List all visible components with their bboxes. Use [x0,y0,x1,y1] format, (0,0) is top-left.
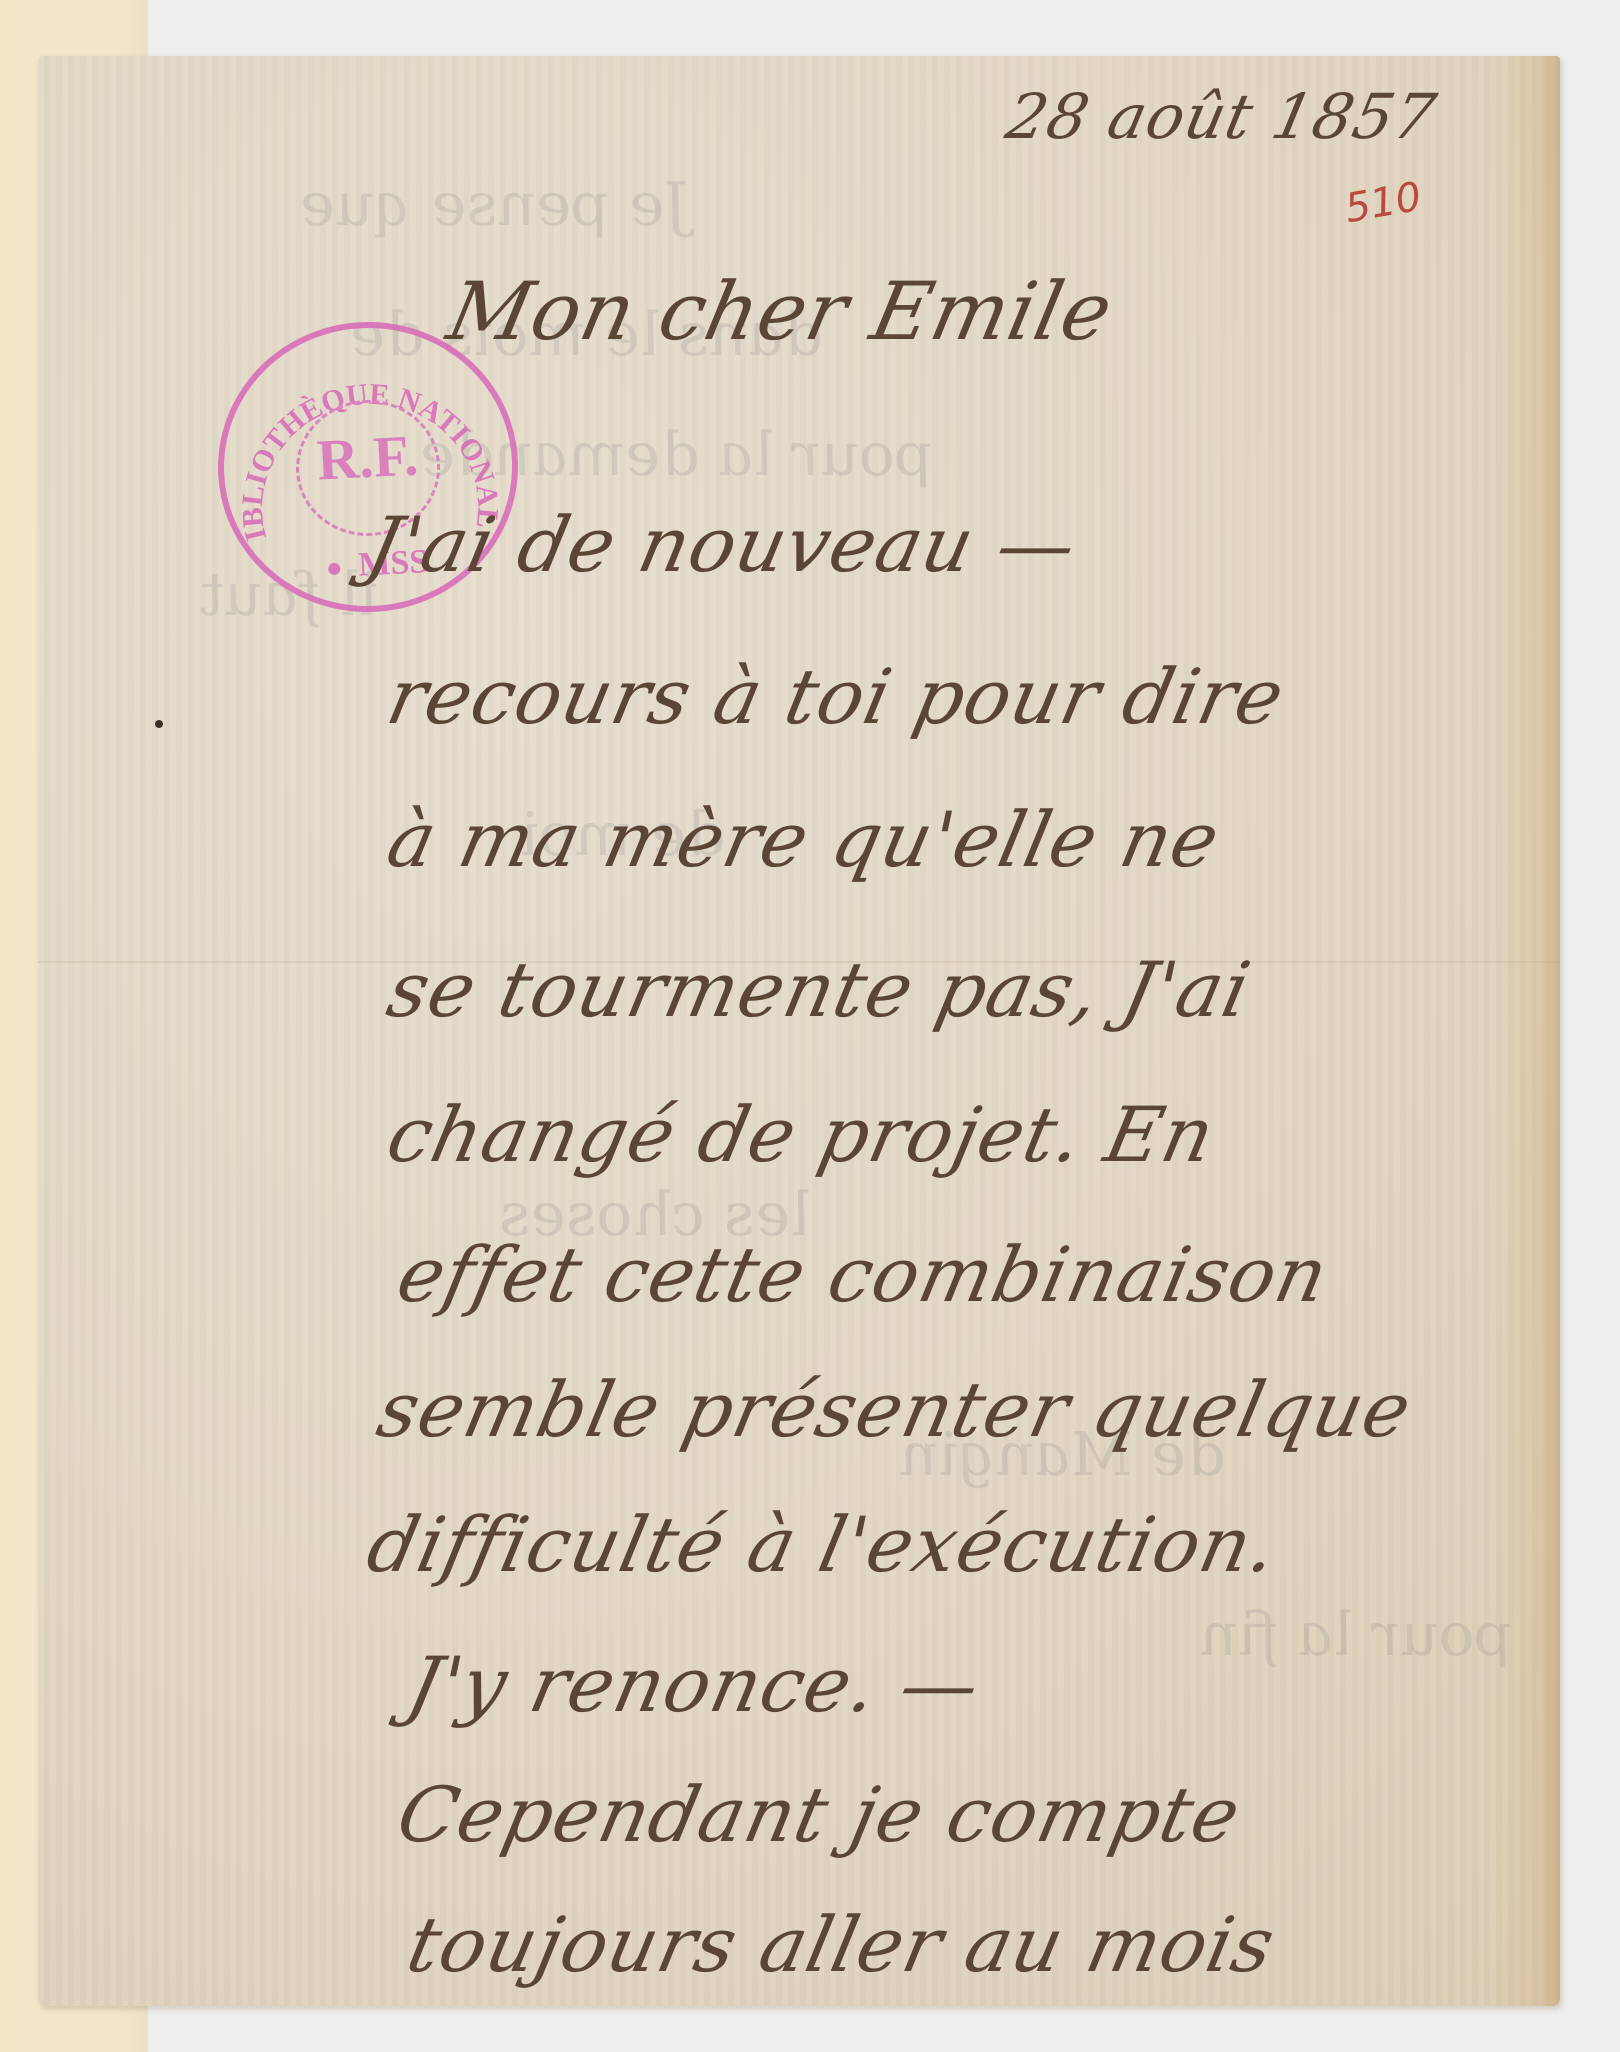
salutation: Mon cher Emile [440,265,1121,358]
stamp-dot-icon [328,563,341,576]
letter-date: 28 août 1857 [1000,80,1443,153]
body-line: se tourmente pas, J'ai [380,945,1259,1034]
ink-blot [155,720,163,728]
body-line: recours à toi pour dire [380,652,1292,741]
body-line: J'ai de nouveau — [360,500,1085,589]
body-line: J'y renonce. — [400,1640,988,1729]
body-line: effet cette combinaison [390,1230,1336,1319]
body-line: à ma mère qu'elle ne [380,795,1228,884]
body-line: Cependant je compte [390,1770,1248,1859]
body-line: difficulté à l'exécution. [360,1500,1286,1589]
body-line: changé de projet. En [380,1090,1223,1179]
body-line: toujours aller au mois [400,1900,1283,1989]
body-line: semble présenter quelque [370,1365,1419,1454]
bleed-through-text: Je pense que [294,170,695,240]
bleed-through-text: pour la fin [1194,1600,1520,1670]
